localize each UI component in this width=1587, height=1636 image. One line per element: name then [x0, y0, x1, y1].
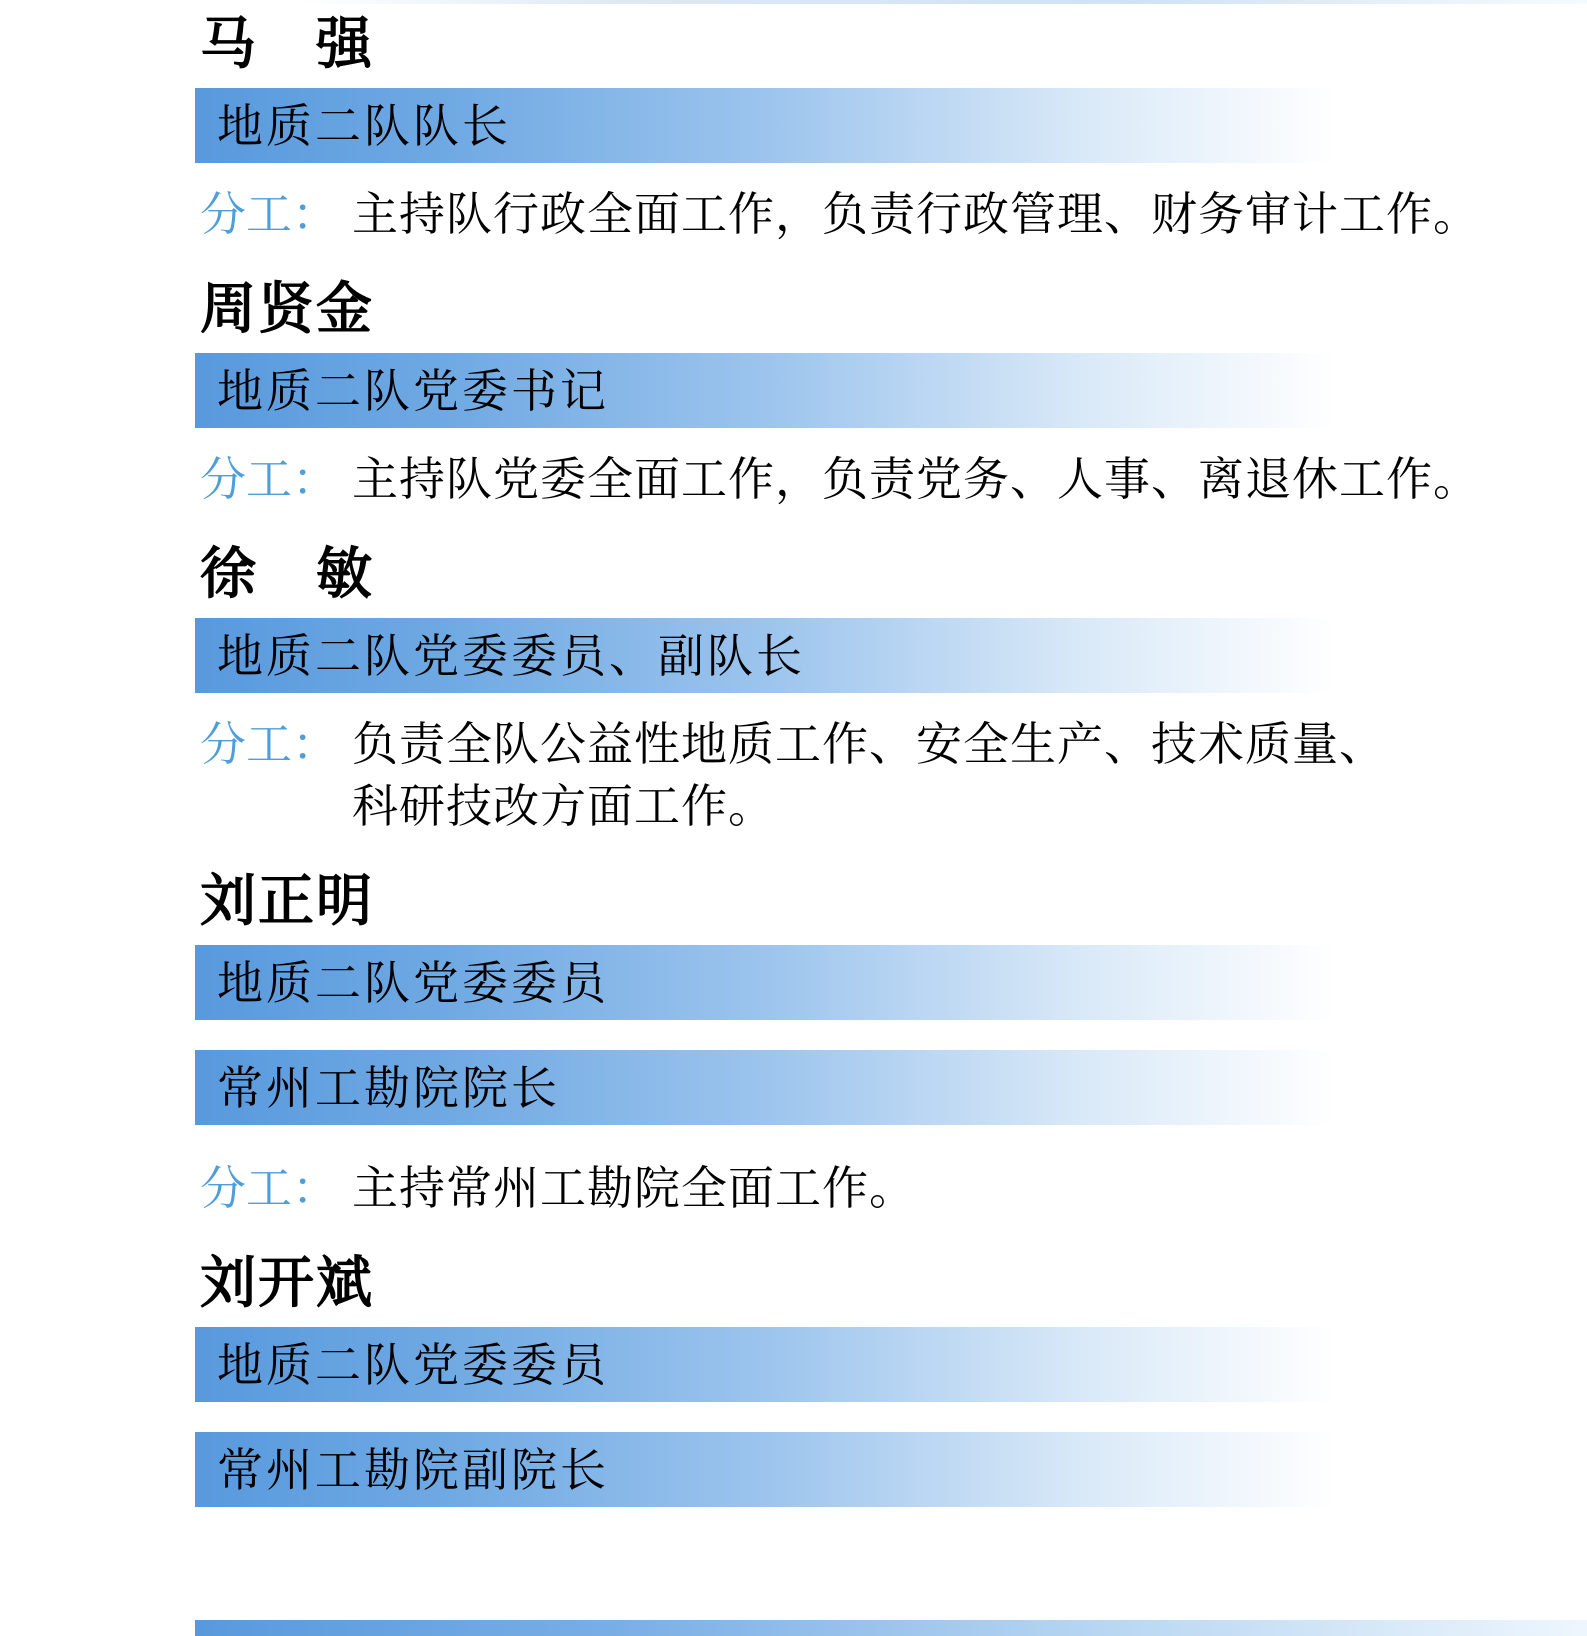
page: 马 强 地质二队队长 分工： 主持队行政全面工作，负责行政管理、财务审计工作。 …	[0, 0, 1587, 1636]
title-bar: 地质二队党委书记	[195, 353, 1335, 428]
duty-label: 分工：	[200, 448, 338, 510]
title-bar-label: 地质二队党委委员、副队长	[195, 633, 805, 679]
title-bar: 常州工勘院副院长	[195, 1432, 1335, 1507]
title-bars: 地质二队党委书记	[195, 353, 1587, 428]
title-bars: 地质二队党委委员 常州工勘院院长	[195, 945, 1587, 1125]
duty-row: 分工： 主持常州工勘院全面工作。	[200, 1157, 1587, 1219]
duty-line: 主持队党委全面工作，负责党务、人事、离退休工作。	[352, 448, 1480, 510]
duty-line: 主持常州工勘院全面工作。	[352, 1157, 916, 1219]
bottom-clipped-bar	[195, 1620, 1587, 1636]
duty-line: 科研技改方面工作。	[352, 775, 1386, 837]
title-bars: 地质二队党委委员、副队长	[195, 618, 1587, 693]
person-name: 徐 敏	[200, 542, 1587, 606]
duty-lines: 主持队行政全面工作，负责行政管理、财务审计工作。	[352, 183, 1480, 245]
person-section: 徐 敏 地质二队党委委员、副队长 分工： 负责全队公益性地质工作、安全生产、技术…	[195, 542, 1587, 837]
duty-label: 分工：	[200, 1157, 338, 1219]
person-section: 马 强 地质二队队长 分工： 主持队行政全面工作，负责行政管理、财务审计工作。	[195, 12, 1587, 245]
duty-row: 分工： 主持队党委全面工作，负责党务、人事、离退休工作。	[200, 448, 1587, 510]
duty-line: 负责全队公益性地质工作、安全生产、技术质量、	[352, 713, 1386, 775]
person-section: 刘正明 地质二队党委委员 常州工勘院院长 分工： 主持常州工勘院全面工作。	[195, 869, 1587, 1219]
duty-label: 分工：	[200, 183, 338, 245]
title-bar: 地质二队队长	[195, 88, 1335, 163]
duty-label: 分工：	[200, 713, 338, 775]
title-bar-label: 地质二队队长	[195, 103, 511, 149]
title-bar-label: 地质二队党委委员	[195, 960, 609, 1006]
content: 马 强 地质二队队长 分工： 主持队行政全面工作，负责行政管理、财务审计工作。 …	[0, 12, 1587, 1507]
person-name: 马 强	[200, 12, 1587, 76]
duty-row: 分工： 主持队行政全面工作，负责行政管理、财务审计工作。	[200, 183, 1587, 245]
duty-line: 主持队行政全面工作，负责行政管理、财务审计工作。	[352, 183, 1480, 245]
person-name: 周贤金	[200, 277, 1587, 341]
person-section: 刘开斌 地质二队党委委员 常州工勘院副院长	[195, 1251, 1587, 1507]
person-name: 刘正明	[200, 869, 1587, 933]
title-bar: 地质二队党委委员、副队长	[195, 618, 1335, 693]
title-bar-label: 地质二队党委委员	[195, 1342, 609, 1388]
title-bar-label: 常州工勘院副院长	[195, 1447, 609, 1493]
title-bar: 地质二队党委委员	[195, 1327, 1335, 1402]
duty-lines: 主持常州工勘院全面工作。	[352, 1157, 916, 1219]
duty-row: 分工： 负责全队公益性地质工作、安全生产、技术质量、科研技改方面工作。	[200, 713, 1587, 837]
duty-lines: 负责全队公益性地质工作、安全生产、技术质量、科研技改方面工作。	[352, 713, 1386, 837]
title-bars: 地质二队队长	[195, 88, 1587, 163]
person-section: 周贤金 地质二队党委书记 分工： 主持队党委全面工作，负责党务、人事、离退休工作…	[195, 277, 1587, 510]
title-bar: 地质二队党委委员	[195, 945, 1335, 1020]
title-bar: 常州工勘院院长	[195, 1050, 1335, 1125]
title-bars: 地质二队党委委员 常州工勘院副院长	[195, 1327, 1587, 1507]
person-name: 刘开斌	[200, 1251, 1587, 1315]
title-bar-label: 常州工勘院院长	[195, 1065, 560, 1111]
top-clipped-bar	[300, 0, 1587, 4]
duty-lines: 主持队党委全面工作，负责党务、人事、离退休工作。	[352, 448, 1480, 510]
title-bar-label: 地质二队党委书记	[195, 368, 609, 414]
